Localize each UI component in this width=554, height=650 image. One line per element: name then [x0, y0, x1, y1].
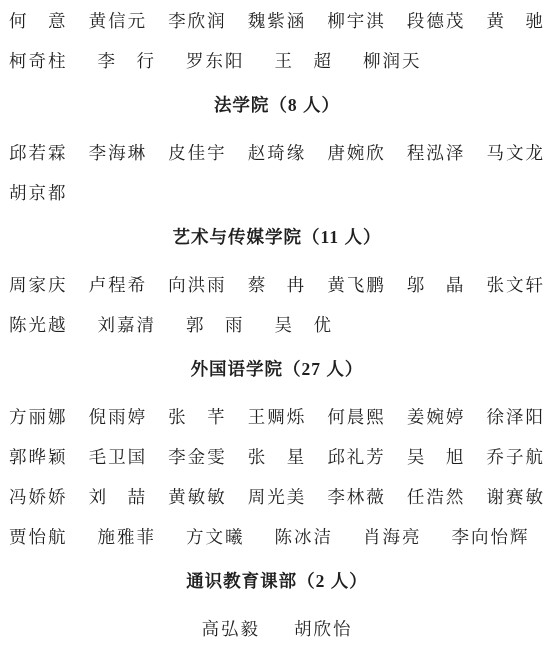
- person-name: 贾怡航: [9, 524, 68, 549]
- person-name: 黄信元: [89, 8, 148, 33]
- person-name: 李向怡辉: [452, 524, 530, 549]
- person-name: 王 超: [275, 48, 334, 73]
- person-name: 郭 雨: [186, 312, 245, 337]
- section-heading: 艺术与传媒学院（11 人）: [9, 217, 545, 257]
- section-art-and-media-school: 艺术与传媒学院（11 人）周家庆卢程希向洪雨蔡 冉黄飞鹏邬 晶张文轩陈光越刘嘉清…: [9, 217, 545, 344]
- name-row: 陈光越刘嘉清郭 雨吴 优: [9, 304, 545, 344]
- person-name: 姜婉婷: [407, 404, 466, 429]
- person-name: 罗东阳: [186, 48, 245, 73]
- person-name: 李欣润: [168, 8, 227, 33]
- section-foreign-languages-school: 外国语学院（27 人）方丽娜倪雨婷张 芊王赒烁何晨熙姜婉婷徐泽阳郭晔颖毛卫国李金…: [9, 349, 545, 556]
- name-row: 何 意黄信元李欣润魏紫涵柳宇淇段德茂黄 驰: [9, 0, 545, 40]
- section-heading: 通识教育课部（2 人）: [9, 561, 545, 601]
- section-names-continuation: 何 意黄信元李欣润魏紫涵柳宇淇段德茂黄 驰柯奇柱李 行罗东阳王 超柳润天: [9, 0, 545, 80]
- name-row: 周家庆卢程希向洪雨蔡 冉黄飞鹏邬 晶张文轩: [9, 264, 545, 304]
- person-name: 程泓泽: [407, 140, 466, 165]
- name-row: 冯娇娇刘 喆黄敏敏周光美李林薇任浩然谢赛敏: [9, 476, 545, 516]
- person-name: 周光美: [248, 484, 307, 509]
- person-name: 郭晔颖: [9, 444, 68, 469]
- person-name: 蔡 冉: [248, 272, 307, 297]
- name-row: 柯奇柱李 行罗东阳王 超柳润天: [9, 40, 545, 80]
- person-name: 卢程希: [89, 272, 148, 297]
- person-name: 吴 优: [275, 312, 334, 337]
- name-row: 邱若霖李海琳皮佳宇赵琦缘唐婉欣程泓泽马文龙: [9, 132, 545, 172]
- person-name: 何 意: [9, 8, 68, 33]
- person-name: 方文曦: [186, 524, 245, 549]
- name-row: 胡京都: [9, 172, 545, 212]
- person-name: 张 星: [248, 444, 307, 469]
- person-name: 张 芊: [168, 404, 227, 429]
- person-name: 方丽娜: [9, 404, 68, 429]
- person-name: 周家庆: [9, 272, 68, 297]
- person-name: 张文轩: [486, 272, 545, 297]
- person-name: 魏紫涵: [248, 8, 307, 33]
- person-name: 何晨熙: [327, 404, 386, 429]
- person-name: 李金雯: [168, 444, 227, 469]
- person-name: 肖海亮: [363, 524, 422, 549]
- person-name: 黄 驰: [486, 8, 545, 33]
- section-heading: 外国语学院（27 人）: [9, 349, 545, 389]
- person-name: 倪雨婷: [89, 404, 148, 429]
- section-heading: 法学院（8 人）: [9, 85, 545, 125]
- person-name: 刘 喆: [89, 484, 148, 509]
- person-name: 刘嘉清: [98, 312, 157, 337]
- person-name: 胡京都: [9, 180, 68, 205]
- person-name: 王赒烁: [248, 404, 307, 429]
- person-name: 皮佳宇: [168, 140, 227, 165]
- person-name: 柳宇淇: [327, 8, 386, 33]
- person-name: 马文龙: [486, 140, 545, 165]
- person-name: 陈光越: [9, 312, 68, 337]
- person-name: 高弘毅: [202, 616, 261, 641]
- person-name: 胡欣怡: [294, 616, 353, 641]
- person-name: 邬 晶: [407, 272, 466, 297]
- person-name: 段德茂: [407, 8, 466, 33]
- person-name: 李林薇: [327, 484, 386, 509]
- name-row: 郭晔颖毛卫国李金雯张 星邱礼芳吴 旭乔子航: [9, 436, 545, 476]
- person-name: 柳润天: [363, 48, 422, 73]
- name-row: 高弘毅胡欣怡: [9, 608, 545, 648]
- person-name: 任浩然: [407, 484, 466, 509]
- person-name: 邱若霖: [9, 140, 68, 165]
- person-name: 施雅菲: [98, 524, 157, 549]
- document-body: 何 意黄信元李欣润魏紫涵柳宇淇段德茂黄 驰柯奇柱李 行罗东阳王 超柳润天法学院（…: [9, 0, 545, 648]
- section-general-education-dept: 通识教育课部（2 人）高弘毅胡欣怡: [9, 561, 545, 648]
- person-name: 李 行: [98, 48, 157, 73]
- person-name: 黄敏敏: [168, 484, 227, 509]
- person-name: 徐泽阳: [486, 404, 545, 429]
- name-row: 方丽娜倪雨婷张 芊王赒烁何晨熙姜婉婷徐泽阳: [9, 396, 545, 436]
- person-name: 陈冰洁: [275, 524, 334, 549]
- person-name: 柯奇柱: [9, 48, 68, 73]
- person-name: 谢赛敏: [486, 484, 545, 509]
- person-name: 毛卫国: [89, 444, 148, 469]
- person-name: 唐婉欣: [327, 140, 386, 165]
- section-law-school: 法学院（8 人）邱若霖李海琳皮佳宇赵琦缘唐婉欣程泓泽马文龙胡京都: [9, 85, 545, 212]
- person-name: 邱礼芳: [327, 444, 386, 469]
- person-name: 冯娇娇: [9, 484, 68, 509]
- person-name: 李海琳: [89, 140, 148, 165]
- person-name: 向洪雨: [168, 272, 227, 297]
- document-page: 何 意黄信元李欣润魏紫涵柳宇淇段德茂黄 驰柯奇柱李 行罗东阳王 超柳润天法学院（…: [0, 0, 554, 650]
- person-name: 乔子航: [486, 444, 545, 469]
- person-name: 赵琦缘: [248, 140, 307, 165]
- person-name: 吴 旭: [407, 444, 466, 469]
- person-name: 黄飞鹏: [327, 272, 386, 297]
- name-row: 贾怡航施雅菲方文曦陈冰洁肖海亮李向怡辉: [9, 516, 545, 556]
